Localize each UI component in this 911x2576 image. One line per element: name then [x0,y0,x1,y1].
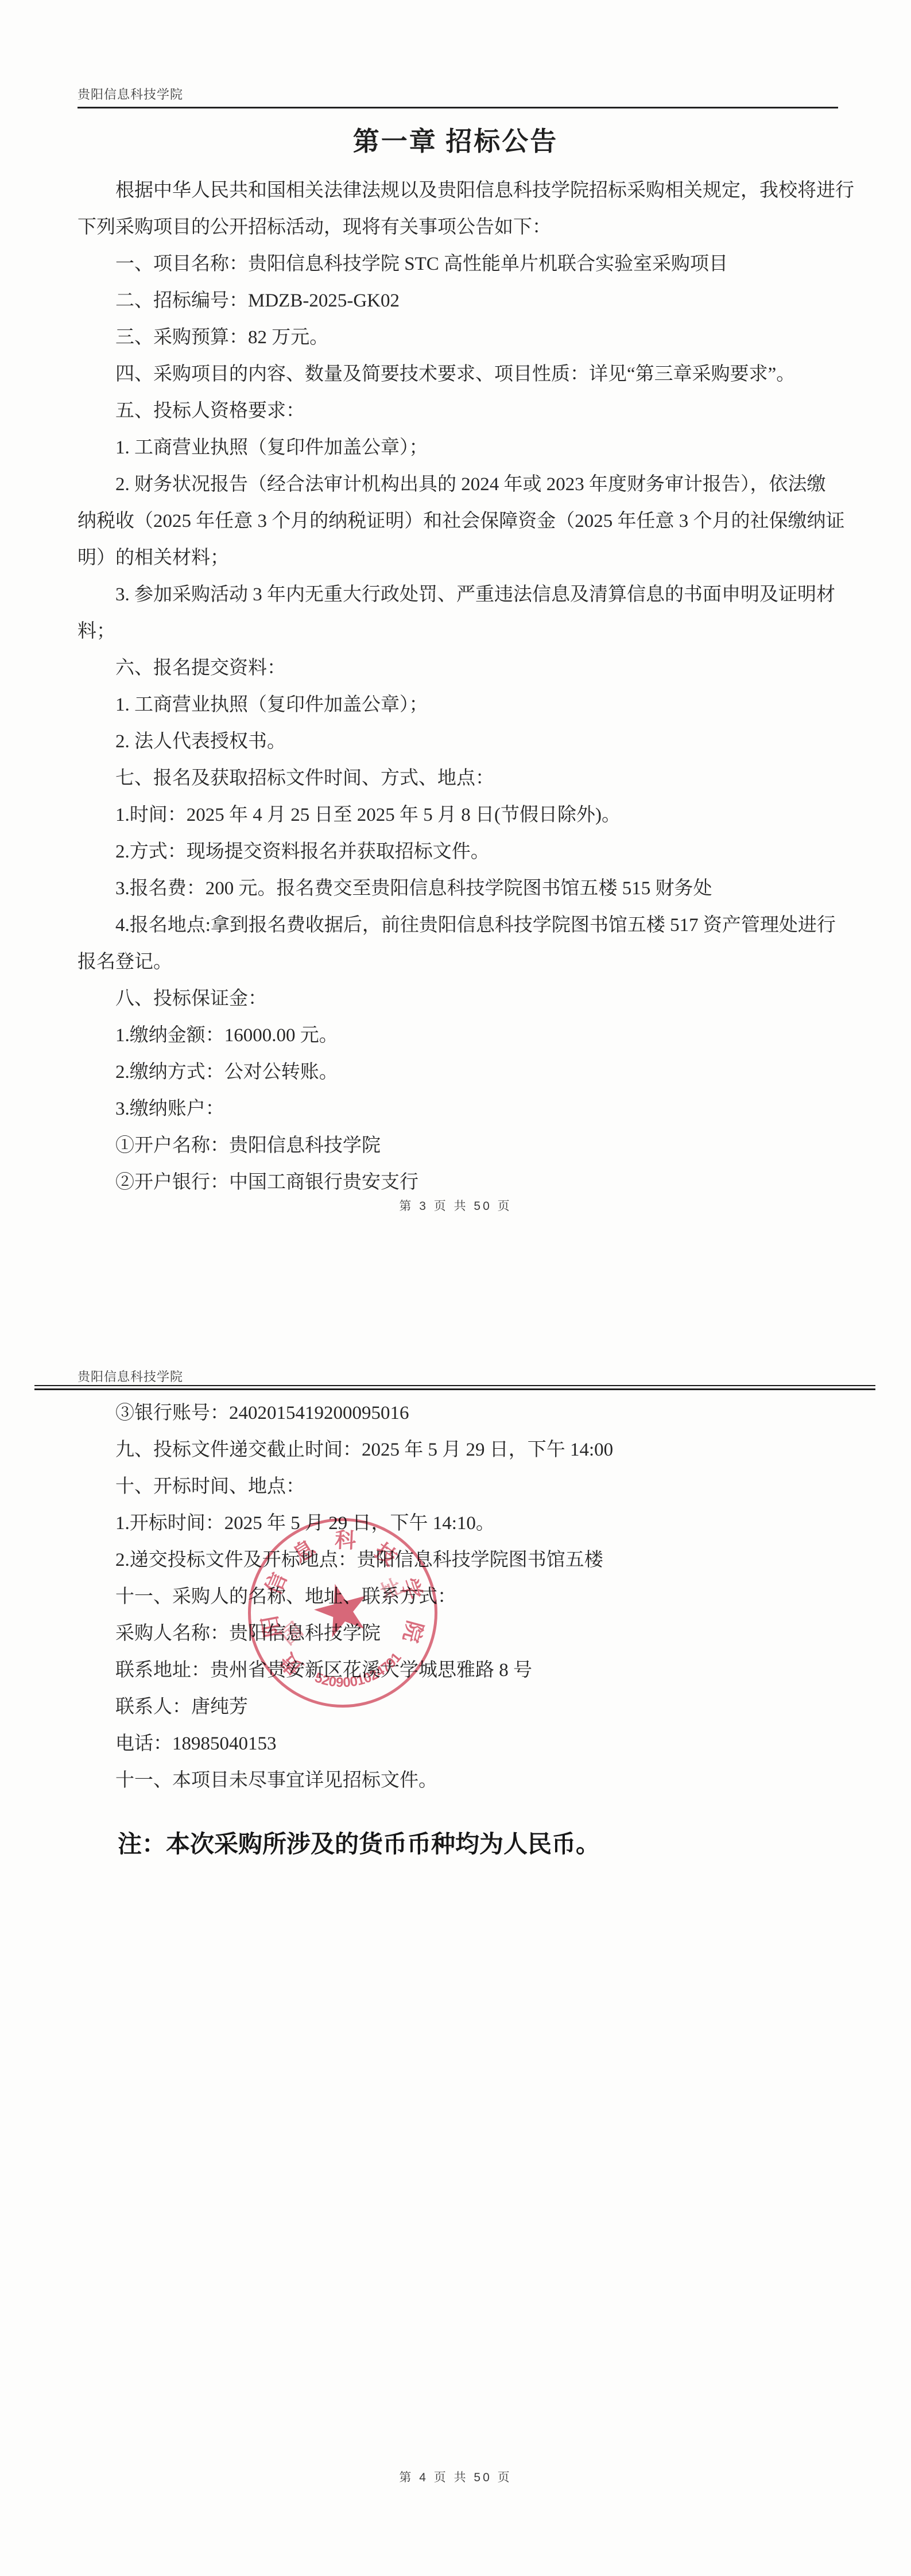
text-line: 六、报名提交资料： [77,650,894,686]
text-line: 采购人名称：贵阳信息科技学院 [77,1615,894,1652]
page4-header-rule [34,1385,875,1390]
text-line: 1.开标时间：2025 年 5 月 29 日，下午 14:10。 [77,1505,894,1542]
text-line: ①开户名称：贵阳信息科技学院 [77,1127,894,1164]
text-line: ③银行账号：2402015419200095016 [77,1395,894,1431]
text-line: 2.缴纳方式：公对公转账。 [77,1054,894,1091]
text-line: 十、开标时间、地点： [77,1468,894,1505]
page3-footer: 第 3 页 共 50 页 [0,1197,911,1214]
text-line: 根据中华人民共和国相关法律法规以及贵阳信息科技学院招标采购相关规定，我校将进行 [77,172,894,209]
text-line: 1. 工商营业执照（复印件加盖公章）； [77,429,894,466]
text-line: 四、采购项目的内容、数量及简要技术要求、项目性质：详见“第三章采购要求”。 [77,356,894,393]
text-line: 九、投标文件递交截止时间：2025 年 5 月 29 日，下午 14:00 [77,1431,894,1468]
text-line: 3. 参加采购活动 3 年内无重大行政处罚、严重违法信息及清算信息的书面申明及证… [77,576,894,613]
currency-note: 注：本次采购所涉及的货币币种均为人民币。 [77,1821,600,1869]
text-line: 五、投标人资格要求： [77,393,894,429]
text-line: 1.缴纳金额：16000.00 元。 [77,1017,894,1054]
chapter-title: 第一章 招标公告 [0,122,911,162]
text-line: 十一、本项目未尽事宜详见招标文件。 [77,1762,894,1799]
text-line: ②开户银行：中国工商银行贵安支行 [77,1164,894,1201]
text-line: 2.递交投标文件及开标地点：贵阳信息科技学院图书馆五楼 [77,1542,894,1578]
text-line: 七、报名及获取招标文件时间、方式、地点： [77,760,894,797]
text-line: 电话：18985040153 [77,1725,894,1762]
page3-header-rule [77,107,838,108]
text-line: 2.方式：现场提交资料报名并获取招标文件。 [77,833,894,870]
text-line: 2. 财务状况报告（经合法审计机构出具的 2024 年或 2023 年度财务审计… [77,466,894,503]
text-line: 下列采购项目的公开招标活动，现将有关事项公告如下： [77,209,894,246]
page3-header: 贵阳信息科技学院 [77,85,183,103]
text-line: 1.时间：2025 年 4 月 25 日至 2025 年 5 月 8 日(节假日… [77,797,894,833]
page4-header: 贵阳信息科技学院 [77,1367,183,1385]
text-line: 联系人：唐纯芳 [77,1689,894,1725]
text-line: 二、招标编号：MDZB-2025-GK02 [77,282,894,319]
text-line: 八、投标保证金： [77,980,894,1017]
text-line: 2. 法人代表授权书。 [77,723,894,760]
text-line: 报名登记。 [77,944,894,980]
text-line: 一、项目名称：贵阳信息科技学院 STC 高性能单片机联合实验室采购项目 [77,246,894,282]
text-line: 十一、采购人的名称、地址、联系方式： [77,1578,894,1615]
text-line: 三、采购预算：82 万元。 [77,319,894,356]
text-line: 联系地址：贵州省贵安新区花溪大学城思雅路 8 号 [77,1652,894,1689]
text-line: 纳税收（2025 年任意 3 个月的纳税证明）和社会保障资金（2025 年任意 … [77,503,894,540]
text-line: 3.缴纳账户： [77,1091,894,1127]
page4-footer: 第 4 页 共 50 页 [0,2468,911,2485]
text-line: 4.报名地点:拿到报名费收据后，前往贵阳信息科技学院图书馆五楼 517 资产管理… [77,907,894,944]
text-line: 3.报名费：200 元。报名费交至贵阳信息科技学院图书馆五楼 515 财务处 [77,870,894,907]
page4-body: ③银行账号：2402015419200095016九、投标文件递交截止时间：20… [77,1395,894,1799]
text-line: 明）的相关材料； [77,540,894,576]
text-line: 1. 工商营业执照（复印件加盖公章）； [77,686,894,723]
document-sheet: 贵阳信息科技学院 第一章 招标公告 根据中华人民共和国相关法律法规以及贵阳信息科… [0,0,911,2576]
page3-body: 根据中华人民共和国相关法律法规以及贵阳信息科技学院招标采购相关规定，我校将进行下… [77,172,894,1201]
text-line: 料； [77,613,894,650]
